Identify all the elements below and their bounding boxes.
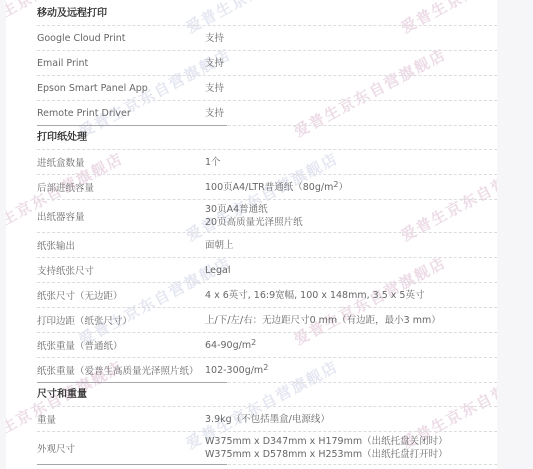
spec-value-line: 100页A4/LTR普通纸（80g/m2）: [205, 181, 497, 194]
spec-value: 面朝上: [205, 236, 497, 255]
spec-row: 纸张输出面朝上: [37, 233, 497, 258]
spec-table: 移动及远程打印Google Cloud Print支持Email Print支持…: [37, 0, 497, 465]
spec-value: 30页A4普通纸20页高质量光泽照片纸: [205, 200, 497, 232]
spec-row: 进纸盒数量1个: [37, 150, 497, 175]
spec-value-line: 64-90g/m2: [205, 339, 497, 352]
spec-row: Google Cloud Print支持: [37, 26, 497, 51]
spec-value: 102-300g/m2: [205, 361, 497, 380]
spec-value-text: 4 x 6英寸, 16:9宽幅, 100 x 148mm, 3.5 x 5英寸: [205, 290, 424, 301]
spec-row: 出纸器容量30页A4普通纸20页高质量光泽照片纸: [37, 200, 497, 233]
spec-value-text: 支持: [205, 58, 224, 69]
spec-value-text: 面朝上: [205, 240, 234, 251]
spec-value-line: W375mm x D347mm x H179mm（出纸托盘关闭时）: [205, 435, 497, 448]
spec-label: Remote Print Driver: [37, 108, 205, 119]
spec-label: 出纸器容量: [37, 209, 205, 223]
spec-value: 支持: [205, 104, 497, 123]
spec-value-line: 面朝上: [205, 239, 497, 252]
spec-value: 上/下/左/右：无边距尺寸0 mm（有边距，最小3 mm）: [205, 311, 497, 330]
spec-value-text: 64-90g/m: [205, 340, 251, 351]
spec-value-text: 支持: [205, 83, 224, 94]
spec-value-line: W375mm x D578mm x H253mm（出纸托盘打开时）: [205, 448, 497, 461]
spec-label: 纸张重量（普通纸）: [37, 338, 205, 352]
spec-value-text: 上/下/左/右：无边距尺寸0 mm（有边距，最小3 mm）: [205, 315, 441, 326]
section-title: 打印纸处理: [37, 126, 497, 150]
spec-row: Remote Print Driver支持: [37, 101, 497, 126]
spec-label: 重量: [37, 412, 205, 426]
spec-value: 支持: [205, 29, 497, 48]
spec-label: 外观尺寸: [37, 441, 205, 455]
spec-label: Google Cloud Print: [37, 33, 205, 44]
spec-value-text: 100页A4/LTR普通纸（80g/m: [205, 182, 333, 193]
spec-row: 打印边距（纸张尺寸）上/下/左/右：无边距尺寸0 mm（有边距，最小3 mm）: [37, 308, 497, 333]
spec-label: 打印边距（纸张尺寸）: [37, 313, 205, 327]
spec-value-line: Legal: [205, 264, 497, 277]
spec-value-superscript: 2: [263, 363, 268, 372]
spec-value-line: 支持: [205, 82, 497, 95]
spec-value: 4 x 6英寸, 16:9宽幅, 100 x 148mm, 3.5 x 5英寸: [205, 286, 497, 305]
spec-value-text: 支持: [205, 108, 224, 119]
spec-value: 3.9kg（不包括墨盒/电源线）: [205, 410, 497, 429]
spec-value-line: 20页高质量光泽照片纸: [205, 216, 497, 229]
spec-label: Email Print: [37, 58, 205, 69]
spec-row: 后部进纸容量100页A4/LTR普通纸（80g/m2）: [37, 175, 497, 200]
spec-value-line: 3.9kg（不包括墨盒/电源线）: [205, 413, 497, 426]
spec-row: 外观尺寸W375mm x D347mm x H179mm（出纸托盘关闭时）W37…: [37, 432, 497, 465]
spec-value-line: 支持: [205, 57, 497, 70]
spec-value: Legal: [205, 261, 497, 280]
spec-row: 支持纸张尺寸Legal: [37, 258, 497, 283]
spec-row: 纸张重量（普通纸）64-90g/m2: [37, 333, 497, 358]
spec-value-line: 4 x 6英寸, 16:9宽幅, 100 x 148mm, 3.5 x 5英寸: [205, 289, 497, 302]
spec-value-line: 1个: [205, 156, 497, 169]
spec-row: 纸张尺寸（无边距）4 x 6英寸, 16:9宽幅, 100 x 148mm, 3…: [37, 283, 497, 308]
spec-row: 重量3.9kg（不包括墨盒/电源线）: [37, 407, 497, 432]
spec-value: 64-90g/m2: [205, 336, 497, 355]
spec-value-line: 上/下/左/右：无边距尺寸0 mm（有边距，最小3 mm）: [205, 314, 497, 327]
spec-label: 纸张重量（爱普生高质量光泽照片纸）: [37, 363, 205, 377]
spec-value-text: 102-300g/m: [205, 365, 263, 376]
section-title: 移动及远程打印: [37, 2, 497, 26]
spec-value-text: 1个: [205, 157, 221, 168]
spec-row: Email Print支持: [37, 51, 497, 76]
spec-label: 纸张输出: [37, 238, 205, 252]
spec-value: 1个: [205, 153, 497, 172]
spec-value-text: Legal: [205, 265, 230, 276]
spec-card: 爱普生京东自营旗舰店爱普生京东自营旗舰店爱普生京东自营旗舰店爱普生京东自营旗舰店…: [6, 0, 497, 469]
spec-label: 支持纸张尺寸: [37, 263, 205, 277]
spec-value-line: 支持: [205, 32, 497, 45]
section-title: 尺寸和重量: [37, 383, 497, 407]
spec-value-text: 20页高质量光泽照片纸: [205, 217, 303, 228]
spec-value-text: 30页A4普通纸: [205, 204, 268, 215]
spec-value: 支持: [205, 79, 497, 98]
spec-label: 后部进纸容量: [37, 180, 205, 194]
spec-value: W375mm x D347mm x H179mm（出纸托盘关闭时）W375mm …: [205, 432, 497, 464]
spec-value-line: 30页A4普通纸: [205, 203, 497, 216]
spec-value-text: W375mm x D347mm x H179mm（出纸托盘关闭时）: [205, 436, 448, 447]
spec-label: 进纸盒数量: [37, 155, 205, 169]
spec-value-superscript: 2: [333, 180, 338, 189]
spec-label: Epson Smart Panel App: [37, 83, 205, 94]
spec-value-line: 支持: [205, 107, 497, 120]
spec-value-text: 支持: [205, 33, 224, 44]
spec-value-text: 3.9kg（不包括墨盒/电源线）: [205, 414, 330, 425]
spec-value-superscript: 2: [251, 338, 256, 347]
spec-value-text: ）: [338, 182, 348, 193]
spec-value-line: 102-300g/m2: [205, 364, 497, 377]
spec-row: 纸张重量（爱普生高质量光泽照片纸）102-300g/m2: [37, 358, 497, 383]
spec-row: Epson Smart Panel App支持: [37, 76, 497, 101]
spec-value-text: W375mm x D578mm x H253mm（出纸托盘打开时）: [205, 449, 448, 460]
spec-label: 纸张尺寸（无边距）: [37, 288, 205, 302]
spec-value: 支持: [205, 54, 497, 73]
spec-value: 100页A4/LTR普通纸（80g/m2）: [205, 178, 497, 197]
